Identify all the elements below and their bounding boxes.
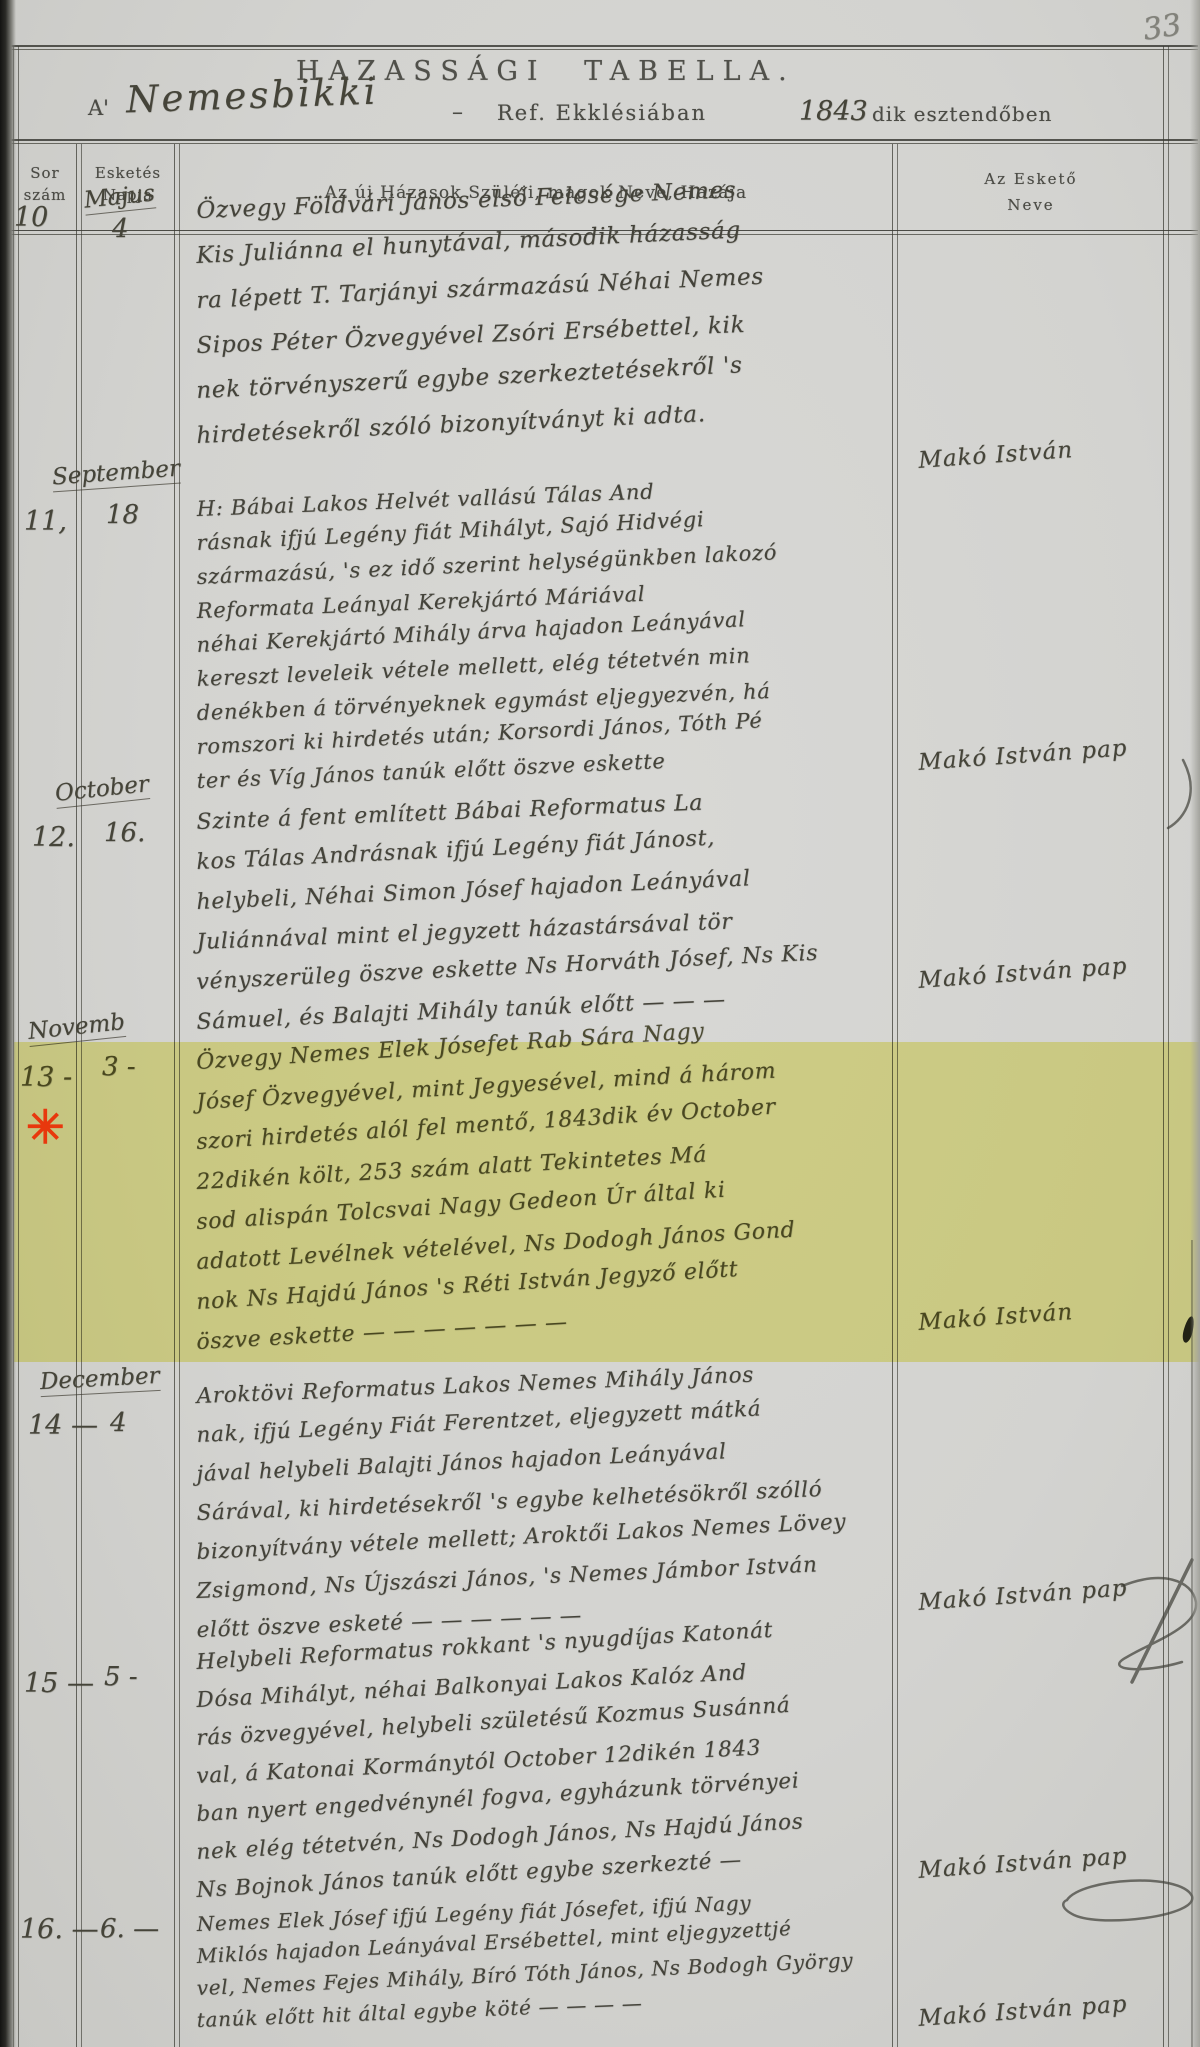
subtitle-prefix: A' xyxy=(88,96,109,120)
scan-edge-left xyxy=(0,0,16,2047)
officiant-signature: Makó István pap xyxy=(917,1570,1200,1616)
parish-name: Nemesbikki xyxy=(125,70,379,122)
subtitle-dash: – xyxy=(452,100,463,125)
column-header-line: Az Eskető xyxy=(900,167,1162,193)
church-label: Ref. Ekklésiában xyxy=(497,101,707,125)
table-border-right xyxy=(1163,46,1169,2047)
column-header-line: Sor xyxy=(14,163,76,185)
entry-month: December xyxy=(39,1363,160,1397)
register-page: 33 HAZASSÁGI TABELLA. A' Nemesbikki – Re… xyxy=(0,0,1200,2047)
officiant-signature: Makó István pap xyxy=(917,1838,1200,1884)
year-value: 1843 xyxy=(799,96,868,127)
entry-month: Novemb xyxy=(27,1009,127,1047)
officiant-signature: Makó István pap xyxy=(917,730,1200,776)
entry-day: 3 - xyxy=(102,1052,136,1082)
entry-day: 4 xyxy=(112,214,129,244)
rule-top xyxy=(0,45,1198,50)
column-header-eskető: Az Eskető Neve xyxy=(900,167,1162,218)
column-header-line: Neve xyxy=(900,193,1162,219)
entry-number: 14 — xyxy=(28,1410,98,1441)
entry-day: 16. xyxy=(104,818,145,848)
entry-day: 5 - xyxy=(104,1662,138,1692)
column-header-sorszam: Sor szám xyxy=(14,163,76,207)
highlight-asterisk-icon: ✳ xyxy=(26,1100,65,1154)
entry-row-10: Özvegy Földvári János első Felesége Neme… xyxy=(197,198,897,468)
entry-number: 12. xyxy=(32,822,75,853)
entry-month: September xyxy=(51,456,181,493)
entry-day: 6. — xyxy=(100,1914,159,1944)
entry-number: 15 — xyxy=(24,1668,94,1699)
officiant-signature: Makó István pap xyxy=(917,948,1200,994)
entry-number: 13 - xyxy=(20,1062,72,1093)
entry-row-13: Özvegy Nemes Elek Jósefet Rab Sára Nagy … xyxy=(197,1050,897,1370)
column-divider-2 xyxy=(174,144,180,2047)
scan-edge-right xyxy=(1190,0,1200,2047)
year-suffix: dik esztendőben xyxy=(872,102,1052,126)
entry-month: Majus xyxy=(83,180,157,215)
column-header-line: Esketés xyxy=(82,163,174,185)
entry-row-15: Helybeli Reformatus rokkant 's nyugdíjas… xyxy=(197,1650,897,1916)
entry-number: 10 xyxy=(14,202,48,233)
officiant-signature: Makó István xyxy=(917,1290,1200,1336)
entry-number: 16. — xyxy=(20,1914,99,1945)
entry-row-11: H: Bábai Lakos Helvét vallású Tálas And … xyxy=(197,497,897,803)
officiant-signature: Makó István pap xyxy=(917,1986,1200,2032)
entry-day: 4 xyxy=(110,1408,127,1438)
entry-month: October xyxy=(54,771,151,809)
officiant-signature: Makó István xyxy=(917,428,1200,474)
entry-number: 11, xyxy=(24,506,67,537)
entry-day: 18 xyxy=(106,500,139,530)
page-number: 33 xyxy=(1140,7,1183,48)
entry-row-16: Nemes Elek Jósef ifjú Legény fiát Jósefe… xyxy=(197,1912,897,2040)
column-divider-1 xyxy=(76,144,82,2047)
